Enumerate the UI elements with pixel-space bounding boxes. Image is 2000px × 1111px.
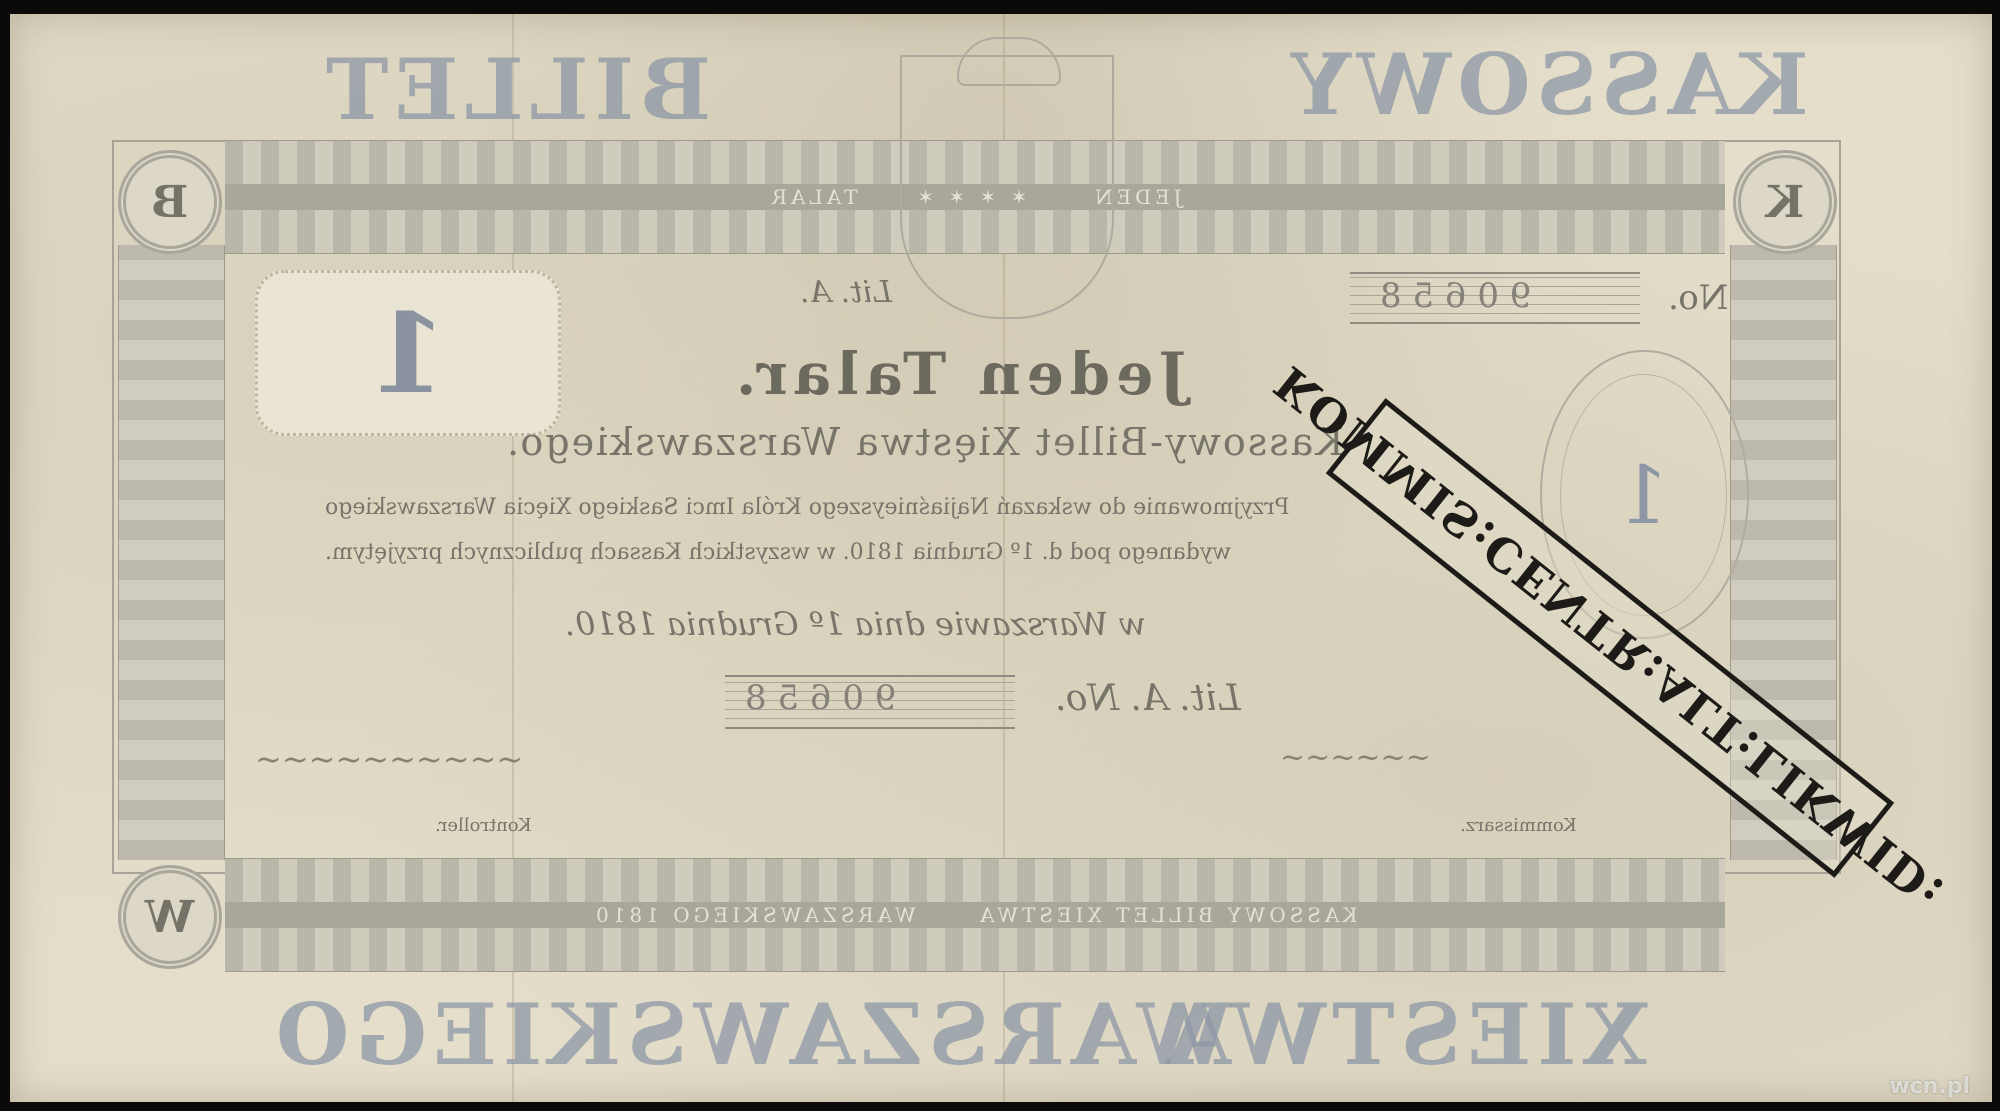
top-title-left: BILLET <box>320 40 711 139</box>
serial-number-top: 9 0 6 5 8 <box>1380 276 1531 316</box>
series-top: Lit. A. <box>800 275 892 310</box>
body-line-2: wydanego pod d. 1º Grudnia 1810. w wszys… <box>325 540 1231 565</box>
top-band-text-left: TALAR <box>768 185 857 209</box>
corner-letter-bottom-left: W <box>118 865 222 969</box>
bottom-border-band: WARSZAWSKIEGO 1810 KASSOWY BILLET XIESTW… <box>225 858 1725 972</box>
serial-number-bottom: 9 0 6 5 8 <box>745 678 896 718</box>
bottom-band-text-left: WARSZAWSKIEGO 1810 <box>592 903 916 927</box>
watermark: wcn.pl <box>1889 1074 1970 1099</box>
coat-of-arms <box>900 55 1114 319</box>
bottom-title-right: XIESTWA <box>1160 985 1648 1084</box>
signature-right: ~~~~~~ <box>1280 740 1431 775</box>
left-border-band <box>118 245 225 860</box>
main-heading: Jeden Talar. <box>730 340 1186 408</box>
signature-left-label: Kontroller. <box>435 815 532 836</box>
subheading: Kassowy-Billet Xięstwa Warszawskiego. <box>505 420 1344 464</box>
signature-right-label: Kommissarz. <box>1460 815 1577 836</box>
denomination-box: 1 <box>255 270 561 436</box>
top-title-right: KASSOWY <box>1285 35 1809 134</box>
number-label-top: No. <box>1668 278 1728 318</box>
corner-letter-top-left: B <box>118 150 222 254</box>
place-date: w Warszawie dnia 1º Grudnia 1810. <box>565 605 1146 643</box>
body-line-1: Przyjmowanie do wskazań Najiaśnieyszego … <box>325 495 1289 520</box>
series-bottom: Lit. A. No. <box>1055 678 1241 719</box>
bottom-band-text-right: KASSOWY BILLET XIESTWA <box>976 903 1357 927</box>
signature-left: ~~~~~~~~~~ <box>255 740 523 778</box>
corner-letter-top-right: K <box>1733 150 1837 254</box>
bottom-title-left: WARSZAWSKIEGO <box>270 985 1231 1084</box>
